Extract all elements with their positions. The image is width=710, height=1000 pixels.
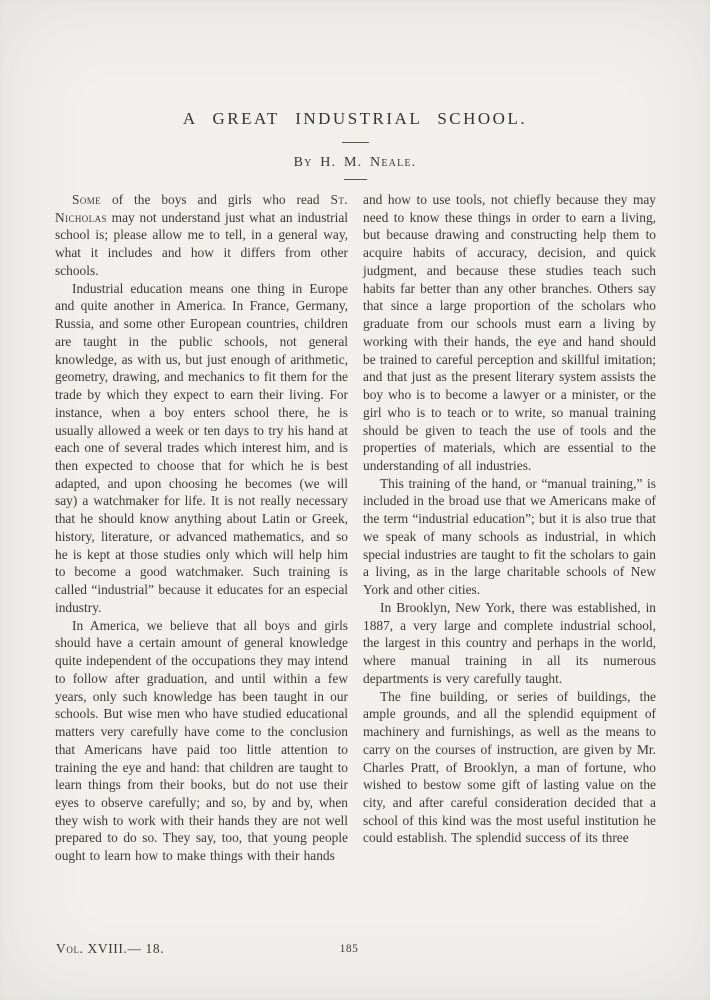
left-column: Some of the boys and girls who read St. … <box>55 191 348 865</box>
article-title: A GREAT INDUSTRIAL SCHOOL. <box>0 0 710 128</box>
article-body: Some of the boys and girls who read St. … <box>0 191 710 865</box>
opening-text-before-magazine: of the boys and girls who read <box>101 192 330 207</box>
title-divider-rule <box>342 142 369 143</box>
byline-divider-rule <box>344 179 367 180</box>
paragraph: Industrial education means one thing in … <box>55 280 348 617</box>
lead-word: Some <box>72 192 101 207</box>
paragraph-continuation: and how to use tools, not chiefly becaus… <box>363 191 656 475</box>
byline: By H. M. Neale. <box>0 155 710 170</box>
page-footer: Vol. XVIII.— 18. 185 <box>0 941 710 961</box>
paragraph: In Brooklyn, New York, there was establi… <box>363 599 656 688</box>
opening-paragraph: Some of the boys and girls who read St. … <box>55 191 348 280</box>
magazine-page: A GREAT INDUSTRIAL SCHOOL. By H. M. Neal… <box>0 0 710 1000</box>
paragraph: The fine building, or series of building… <box>363 688 656 848</box>
paragraph: In America, we believe that all boys and… <box>55 617 348 865</box>
paragraph: This training of the hand, or “manual tr… <box>363 475 656 599</box>
page-number: 185 <box>0 943 698 955</box>
right-column: and how to use tools, not chiefly becaus… <box>363 191 656 865</box>
